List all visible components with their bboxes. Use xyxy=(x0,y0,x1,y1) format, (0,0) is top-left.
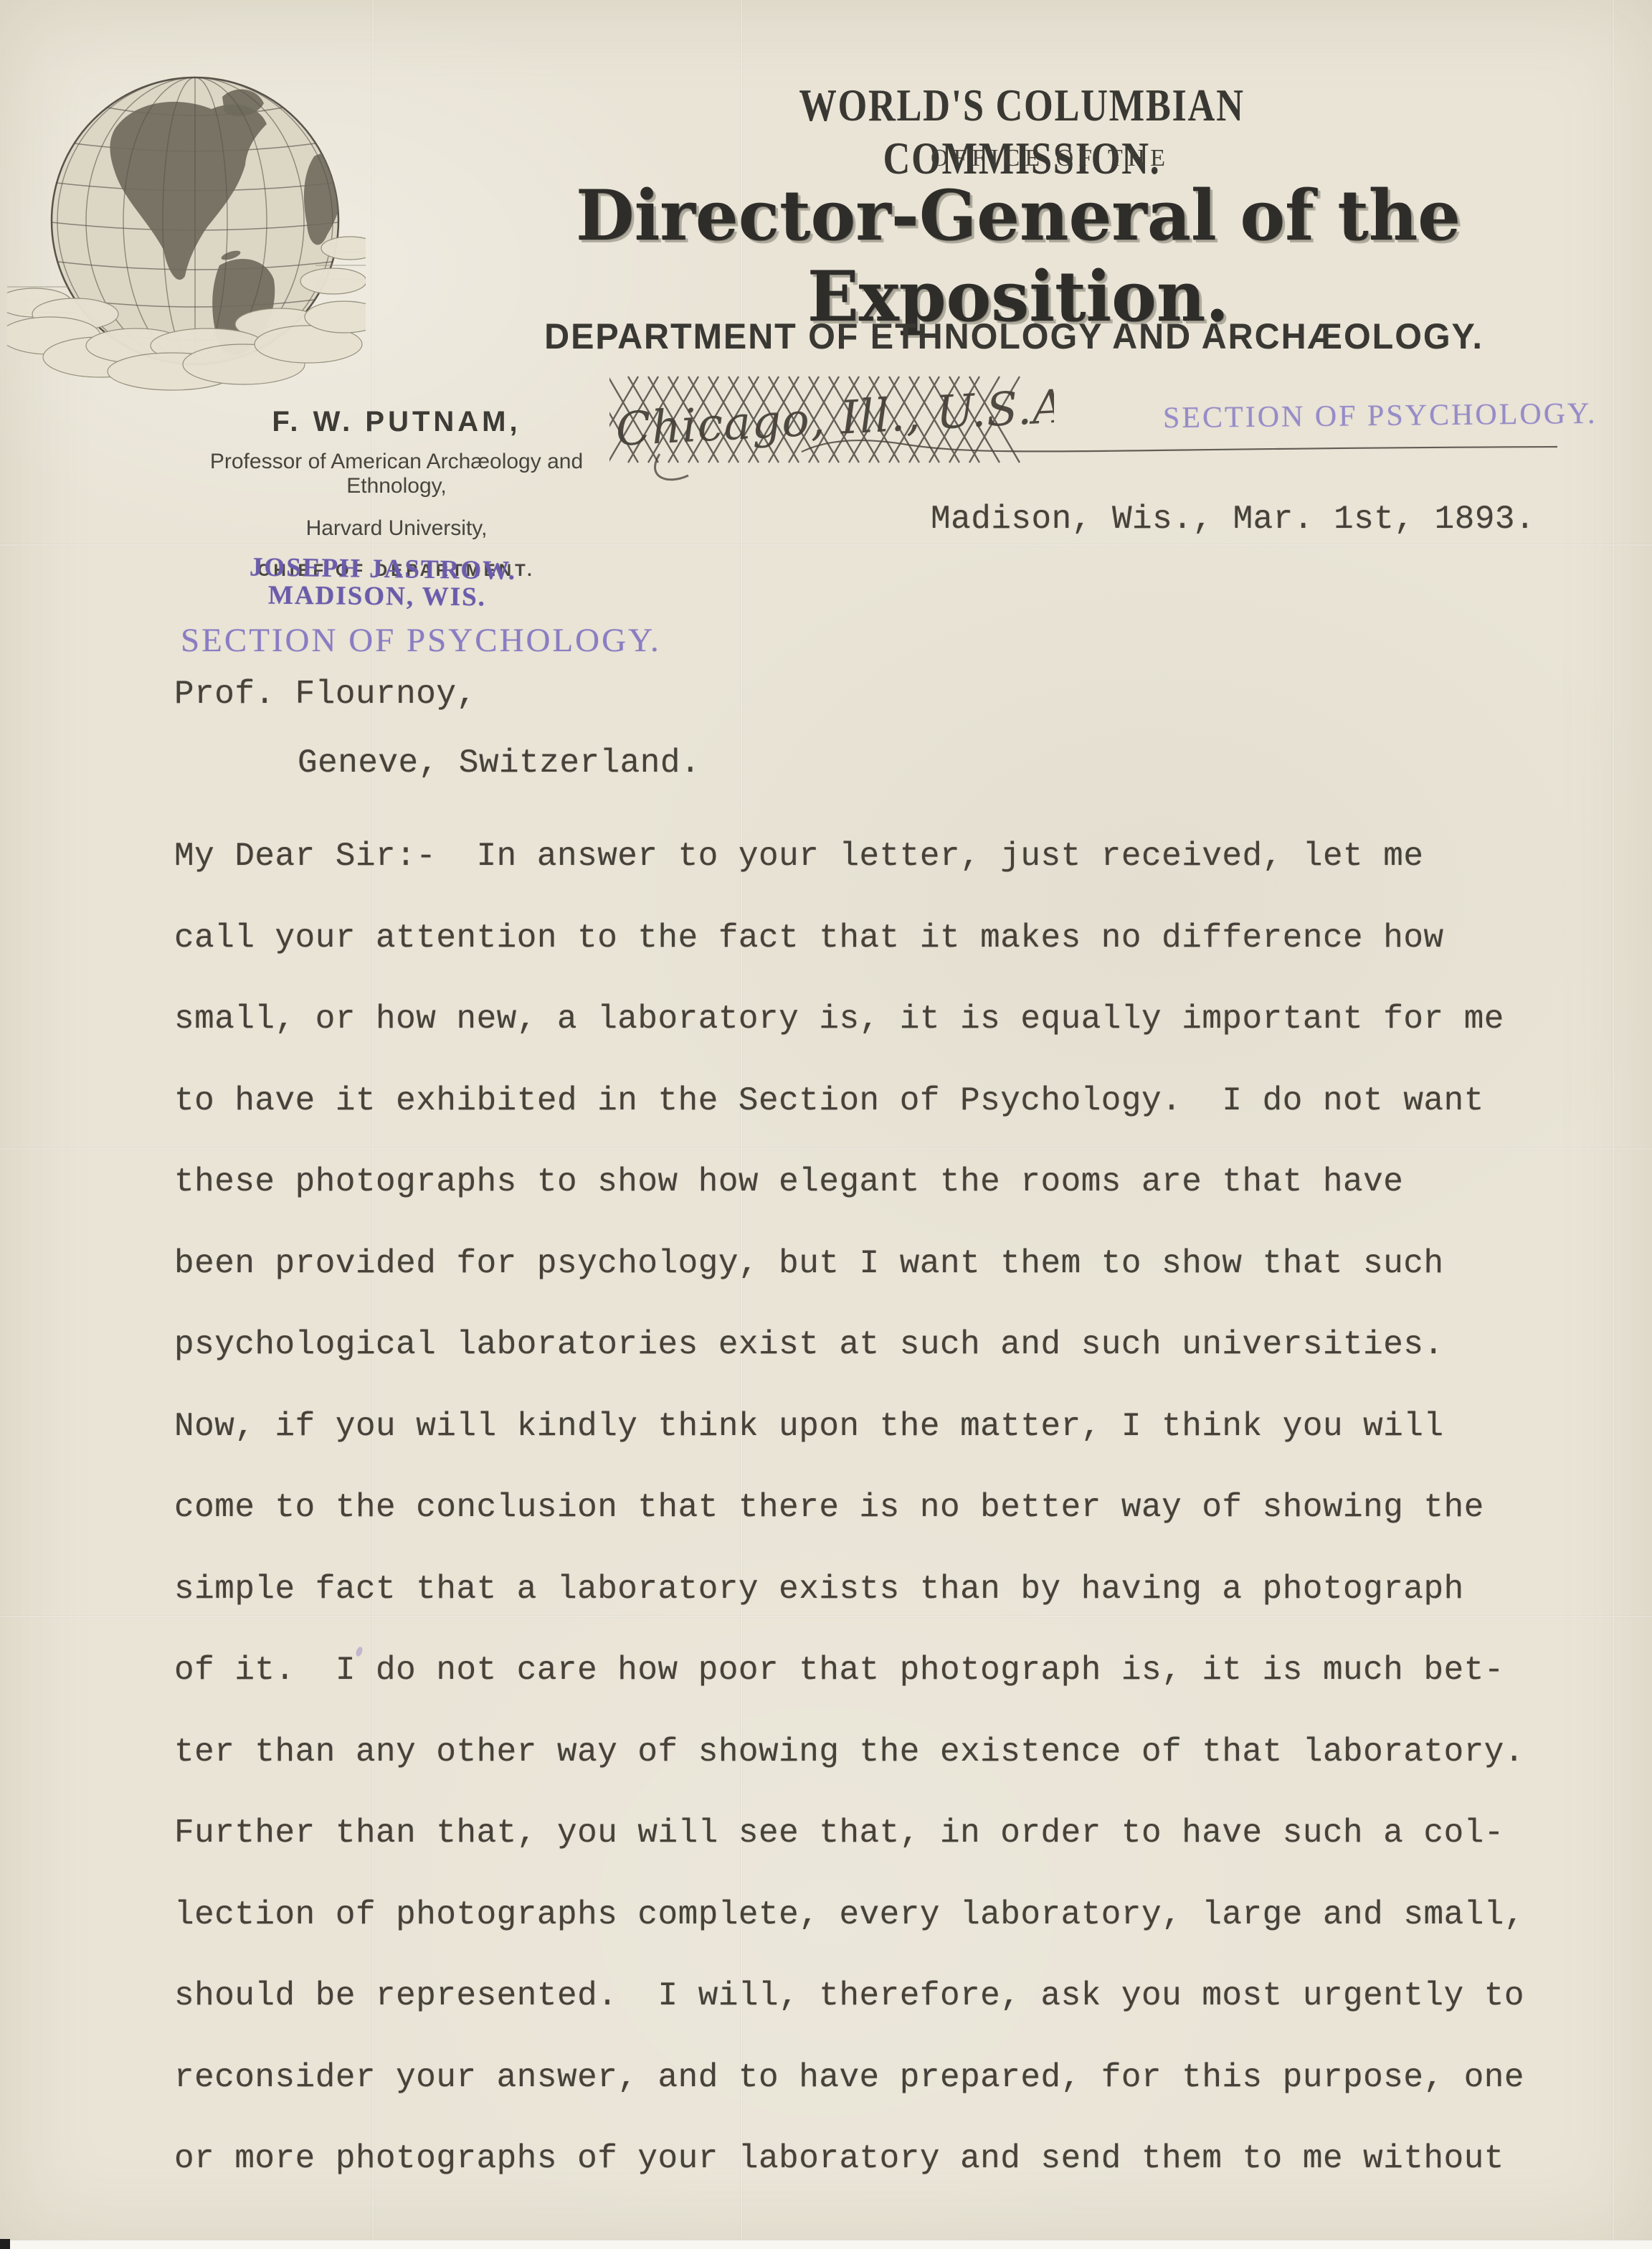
section-stamp-left: SECTION OF PSYCHOLOGY. xyxy=(181,621,661,660)
letter-recipient-address: Geneve, Switzerland. xyxy=(298,744,701,782)
typed-line-6: been provided for psychology, but I want… xyxy=(174,1223,1524,1305)
typed-line-3: small, or how new, a laboratory is, it i… xyxy=(174,979,1524,1061)
typed-line-16: reconsider your answer, and to have prep… xyxy=(174,2037,1524,2119)
typed-line-12: ter than any other way of showing the ex… xyxy=(174,1712,1524,1794)
globe-engraving-icon xyxy=(7,29,366,402)
typed-line-7: psychological laboratories exist at such… xyxy=(174,1305,1524,1386)
letterhead-department: DEPARTMENT OF ETHNOLOGY AND ARCHÆOLOGY. xyxy=(527,316,1501,357)
typed-line-2: call your attention to the fact that it … xyxy=(174,898,1524,980)
letterhead-title: Director-General of the Exposition. xyxy=(400,175,1637,337)
typed-line-4: to have it exhibited in the Section of P… xyxy=(174,1061,1524,1142)
letter-body: My Dear Sir:- In answer to your letter, … xyxy=(174,816,1524,2200)
section-stamp-right: SECTION OF PSYCHOLOGY. xyxy=(1163,397,1598,435)
official-name: F. W. PUTNAM, xyxy=(185,406,608,438)
letter-dateline: Madison, Wis., Mar. 1st, 1893. xyxy=(931,501,1535,538)
letterhead-rule xyxy=(796,430,1563,466)
scan-edge-strip xyxy=(0,2240,1652,2249)
typed-line-17: or more photographs of your laboratory a… xyxy=(174,2118,1524,2200)
typed-line-1: My Dear Sir:- In answer to your letter, … xyxy=(174,816,1524,898)
typed-line-11: of it. I do not care how poor that photo… xyxy=(174,1630,1524,1712)
typed-line-8: Now, if you will kindly think upon the m… xyxy=(174,1386,1524,1468)
fold-crease-vertical xyxy=(1612,0,1615,2249)
scan-edge-corner xyxy=(0,2239,10,2249)
typed-line-14: lection of photographs complete, every l… xyxy=(174,1875,1524,1956)
letter-recipient-name: Prof. Flournoy, xyxy=(174,676,477,713)
name-stamp-line2: MADISON, WIS. xyxy=(268,580,486,613)
typed-line-10: simple fact that a laboratory exists tha… xyxy=(174,1549,1524,1631)
scanned-letter-page: WORLD'S COLUMBIAN COMMISSION. OFFICE OF … xyxy=(0,0,1652,2249)
official-title-line: Professor of American Archæology and Eth… xyxy=(185,450,608,498)
typed-line-5: these photographs to show how elegant th… xyxy=(174,1142,1524,1223)
letterhead-office-line: OFFICE OF THE xyxy=(799,145,1301,172)
typed-line-13: Further than that, you will see that, in… xyxy=(174,1793,1524,1875)
typed-line-9: come to the conclusion that there is no … xyxy=(174,1467,1524,1549)
typed-line-15: should be represented. I will, therefore… xyxy=(174,1956,1524,2037)
official-university-line: Harvard University, xyxy=(185,516,608,541)
